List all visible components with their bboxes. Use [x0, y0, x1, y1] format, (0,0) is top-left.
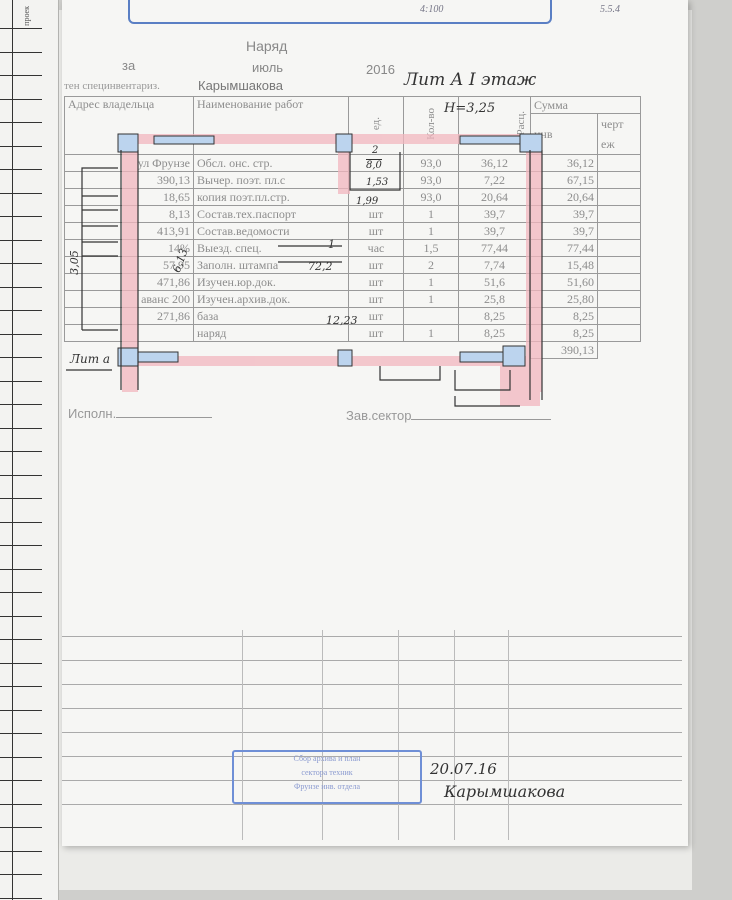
ruled-line	[0, 545, 42, 546]
cell-sum-draw	[598, 291, 641, 308]
table-row: нарядшт18,258,25	[65, 325, 641, 342]
ruled-line	[0, 428, 42, 429]
period-prefix: за	[122, 58, 135, 73]
cell-address: 471,86	[65, 274, 194, 291]
cell-unit: шт	[349, 206, 404, 223]
cell-qty: 1	[404, 291, 459, 308]
cell-qty: 1	[404, 223, 459, 240]
cell-sum-inv: 8,25	[531, 308, 598, 325]
table-total-row: 390,13	[65, 342, 641, 359]
handwritten-lit-title: Лит А I этаж	[404, 70, 536, 90]
ruled-line	[0, 639, 42, 640]
cell-sum-inv: 39,7	[531, 223, 598, 240]
ruled-line	[0, 287, 42, 288]
header-work-name: Наименование работ	[194, 97, 349, 155]
cell-qty: 1	[404, 206, 459, 223]
inventory-label: тен специнвентариз.	[64, 80, 160, 92]
ruled-line	[0, 498, 42, 499]
cell-address: 8,13	[65, 206, 194, 223]
cell-work: Изучен.архив.док.	[194, 291, 349, 308]
ruled-line	[0, 146, 42, 147]
cell-unit: шт	[349, 257, 404, 274]
cell-unit: шт	[349, 223, 404, 240]
header-sum-inv: инв	[531, 114, 598, 155]
left-page-label: проек	[22, 6, 31, 26]
cell-address: 14%	[65, 240, 194, 257]
margin-line	[12, 0, 13, 900]
cell-qty	[404, 308, 459, 325]
cell-rate: 36,12	[459, 155, 531, 172]
cell-address: ул Фрунзе	[65, 155, 194, 172]
table-row: 18,65копия поэт.пл.стр.93,020,6420,64	[65, 189, 641, 206]
total-value: 390,13	[531, 342, 598, 359]
ruled-line	[0, 334, 42, 335]
dim-2: 1,99	[356, 196, 378, 207]
header-address: Адрес владельца	[65, 97, 194, 155]
top-band-text: 5.5.4	[600, 4, 620, 15]
ruled-column	[508, 630, 509, 840]
cell-address: 390,13	[65, 172, 194, 189]
ruled-line	[0, 780, 42, 781]
ruled-line	[0, 28, 42, 29]
handwritten-height: H=3,25	[444, 101, 495, 116]
dim-top-num: 2	[372, 145, 378, 156]
dim-mid-den: 72,2	[308, 260, 333, 273]
cell-sum-inv: 8,25	[531, 325, 598, 342]
handwritten-signature: Карымшакова	[444, 782, 565, 801]
ruled-line	[0, 99, 42, 100]
cell-unit: шт	[349, 325, 404, 342]
table-row: 413,91Состав.ведомостишт139,739,7	[65, 223, 641, 240]
ruled-line	[0, 122, 42, 123]
cell-sum-draw	[598, 223, 641, 240]
cell-sum-inv: 77,44	[531, 240, 598, 257]
ruled-line	[0, 569, 42, 570]
cell-sum-draw	[598, 240, 641, 257]
cell-qty: 1	[404, 274, 459, 291]
dim-top-den: 8,0	[366, 159, 382, 171]
table-row: ул ФрунзеОбсл. онс. стр.93,036,1236,12	[65, 155, 641, 172]
cell-unit: шт	[349, 274, 404, 291]
ruled-line	[0, 592, 42, 593]
cell-sum-draw	[598, 308, 641, 325]
ruled-line	[62, 684, 682, 685]
cell-rate: 25,8	[459, 291, 531, 308]
cell-sum-draw	[598, 189, 641, 206]
cell-rate: 7,22	[459, 172, 531, 189]
ruled-line	[0, 851, 42, 852]
ruled-line	[0, 827, 42, 828]
cell-rate: 8,25	[459, 325, 531, 342]
ruled-line	[0, 898, 42, 899]
ruled-line	[0, 874, 42, 875]
ruled-line	[0, 75, 42, 76]
cell-work: копия поэт.пл.стр.	[194, 189, 349, 206]
table-row: 8,13Состав.тех.паспортшт139,739,7	[65, 206, 641, 223]
cell-address: 413,91	[65, 223, 194, 240]
cell-sum-inv: 25,80	[531, 291, 598, 308]
header-sum: Сумма	[531, 97, 641, 114]
cell-work: Состав.ведомости	[194, 223, 349, 240]
ruled-line	[0, 733, 42, 734]
ruled-line	[0, 193, 42, 194]
cell-address: 271,86	[65, 308, 194, 325]
ruled-line	[0, 616, 42, 617]
period-month: июль	[252, 60, 283, 75]
ruled-line	[62, 804, 682, 805]
ruled-line	[0, 357, 42, 358]
top-table-fragment: 4:100 5.5.4	[128, 0, 552, 24]
executor-label: Исполн.	[68, 406, 212, 421]
header-sum-draw: черт еж	[598, 114, 641, 155]
cell-sum-draw	[598, 274, 641, 291]
ruled-line	[62, 732, 682, 733]
table-row: 471,86Изучен.юр.док.шт151,651,60	[65, 274, 641, 291]
ruled-line	[0, 263, 42, 264]
ruled-column	[242, 630, 243, 840]
cell-sum-inv: 39,7	[531, 206, 598, 223]
ruled-line	[0, 404, 42, 405]
ruled-line	[0, 710, 42, 711]
top-band-text: 4:100	[420, 4, 443, 15]
table-row: 57,95Заполн. штампашт27,7415,48	[65, 257, 641, 274]
ruled-line	[0, 52, 42, 53]
cell-work: Состав.тех.паспорт	[194, 206, 349, 223]
period-year: 2016	[366, 62, 395, 77]
left-notebook-page: проек	[0, 0, 59, 900]
cell-rate: 39,7	[459, 223, 531, 240]
ruled-line	[0, 169, 42, 170]
cell-sum-inv: 67,15	[531, 172, 598, 189]
ruled-line	[0, 686, 42, 687]
ruled-line	[0, 240, 42, 241]
ruled-line	[0, 216, 42, 217]
cell-rate: 51,6	[459, 274, 531, 291]
head-label: Зав.сектор	[346, 408, 551, 423]
ruled-line	[62, 660, 682, 661]
ruled-column	[454, 630, 455, 840]
cell-qty: 1	[404, 325, 459, 342]
ruled-line	[0, 451, 42, 452]
cell-rate: 7,74	[459, 257, 531, 274]
ruled-line	[62, 636, 682, 637]
cell-address: аванс 200	[65, 291, 194, 308]
cell-qty: 1,5	[404, 240, 459, 257]
ruled-line	[62, 708, 682, 709]
cell-address	[65, 325, 194, 342]
dim-mid-num: 1	[328, 238, 335, 251]
cell-sum-inv: 36,12	[531, 155, 598, 172]
ruled-line	[0, 310, 42, 311]
ruled-line	[0, 522, 42, 523]
dim-1: 1,53	[366, 177, 388, 188]
cell-sum-draw	[598, 325, 641, 342]
ruled-column	[322, 630, 323, 840]
cell-work: Выезд. спец.	[194, 240, 349, 257]
cell-sum-inv: 15,48	[531, 257, 598, 274]
cell-rate: 77,44	[459, 240, 531, 257]
cell-rate: 20,64	[459, 189, 531, 206]
cell-sum-inv: 51,60	[531, 274, 598, 291]
cell-work: Обсл. онс. стр.	[194, 155, 349, 172]
ruled-line	[0, 757, 42, 758]
cell-qty: 2	[404, 257, 459, 274]
inventory-name: Карымшакова	[198, 78, 283, 93]
table-row: 14%Выезд. спец.час1,577,4477,44	[65, 240, 641, 257]
table-row: 390,13Вычер. поэт. пл.с93,07,2267,15	[65, 172, 641, 189]
ruled-line	[0, 804, 42, 805]
cell-qty: 93,0	[404, 155, 459, 172]
label-lit-a: Лит а	[70, 352, 110, 366]
dim-left: 3,05	[68, 250, 81, 275]
document-title: Наряд	[246, 38, 287, 54]
ruled-column	[398, 630, 399, 840]
dim-bottom: 12,23	[326, 314, 358, 327]
ruled-line	[0, 381, 42, 382]
cell-address: 18,65	[65, 189, 194, 206]
cell-unit: шт	[349, 291, 404, 308]
cell-sum-draw	[598, 172, 641, 189]
cell-work: Вычер. поэт. пл.с	[194, 172, 349, 189]
table-row: аванс 200Изучен.архив.док.шт125,825,80	[65, 291, 641, 308]
cell-sum-draw	[598, 257, 641, 274]
cell-rate: 8,25	[459, 308, 531, 325]
cell-work: Изучен.юр.док.	[194, 274, 349, 291]
cell-sum-draw	[598, 206, 641, 223]
office-stamp: Сбор архива и план сектора техник Фрунзе…	[232, 750, 422, 804]
handwritten-date: 20.07.16	[430, 760, 497, 778]
cell-work: наряд	[194, 325, 349, 342]
ruled-line	[0, 475, 42, 476]
cell-sum-draw	[598, 155, 641, 172]
cell-unit: час	[349, 240, 404, 257]
cell-qty: 93,0	[404, 172, 459, 189]
cell-qty: 93,0	[404, 189, 459, 206]
cell-rate: 39,7	[459, 206, 531, 223]
cell-sum-inv: 20,64	[531, 189, 598, 206]
ruled-line	[0, 663, 42, 664]
table-header-row: Адрес владельца Наименование работ ед. К…	[65, 97, 641, 114]
